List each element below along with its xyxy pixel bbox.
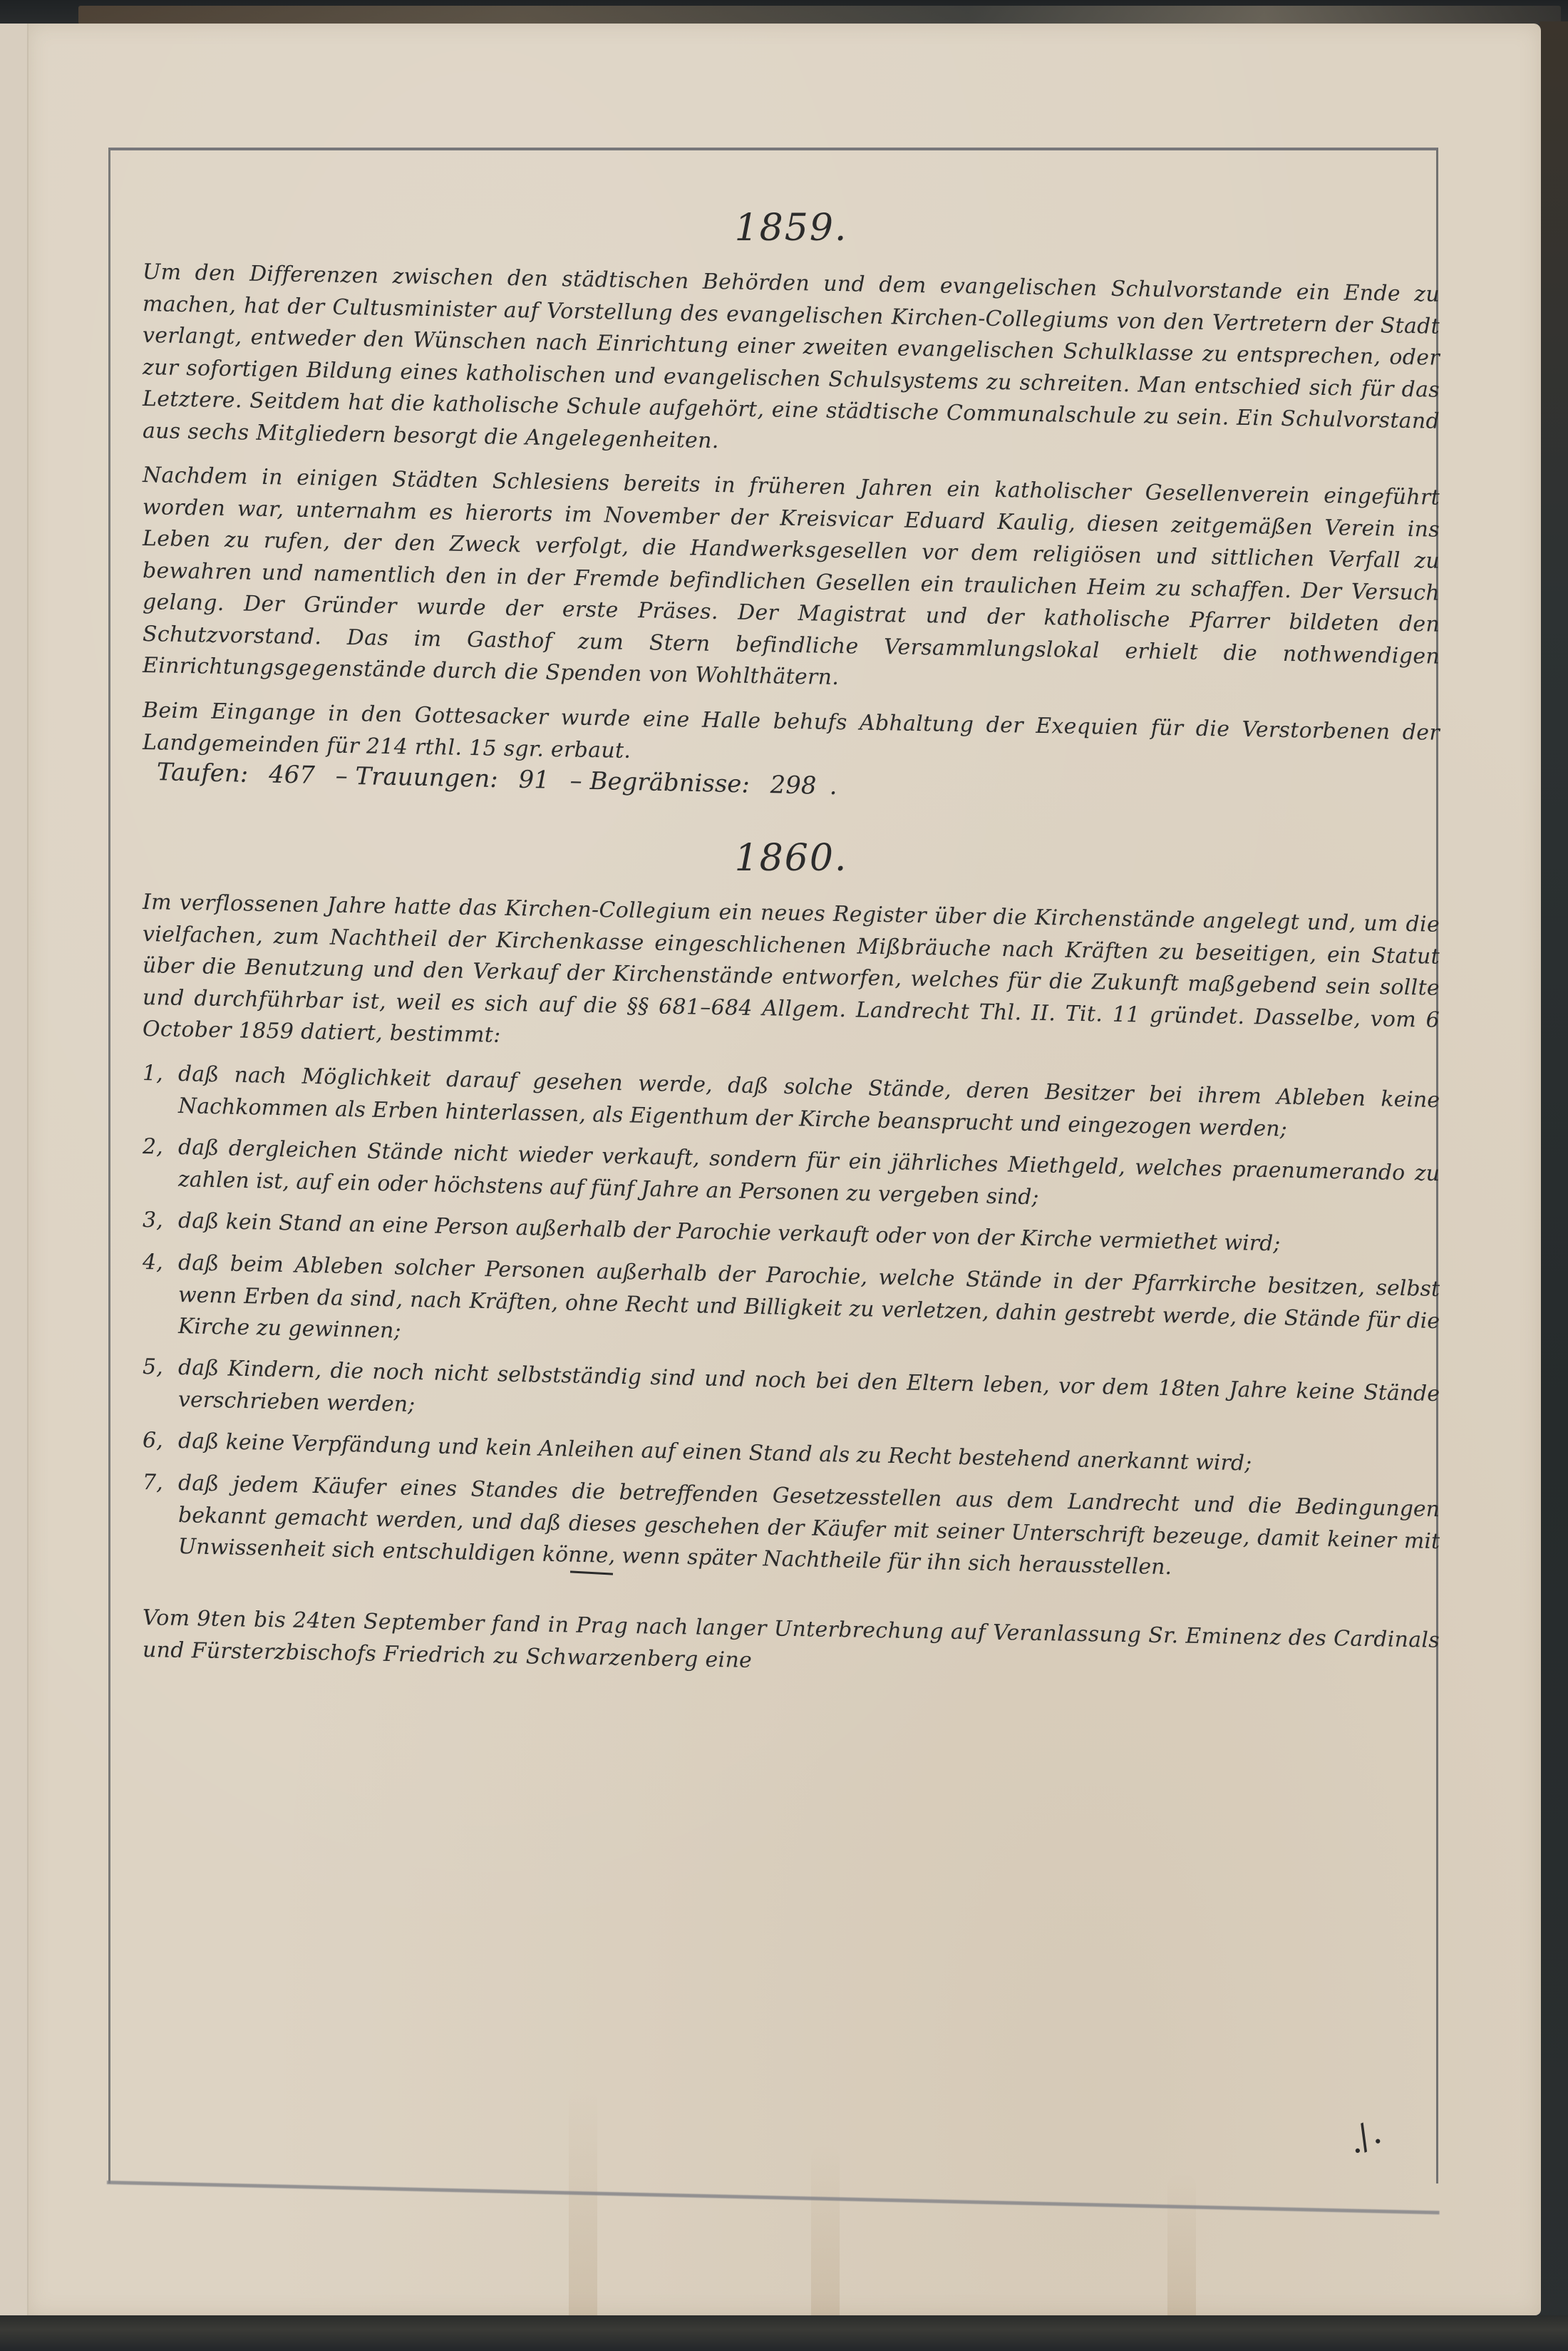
paragraph-journeymen-association: Nachdem in einigen Städten Schlesiens be…: [143, 460, 1440, 704]
book-cover-bottom: [0, 2315, 1568, 2351]
baptisms-count: 467: [269, 760, 315, 789]
list-text: daß beim Ableben solcher Personen außerh…: [178, 1250, 1440, 1344]
previous-page-edge: [0, 24, 28, 2315]
section-1859: 1859. Um den Differenzen zwischen den st…: [143, 207, 1440, 800]
marriages-count: 91: [519, 765, 550, 794]
list-number: 7,: [143, 1467, 178, 1500]
marriages-label: Trauungen:: [356, 761, 498, 793]
page-fold: [27, 24, 29, 2315]
burials-count: 298: [770, 771, 817, 800]
paragraph-school-board: Um den Differenzen zwischen den städtisc…: [143, 257, 1440, 470]
year-heading: 1860.: [143, 837, 1440, 880]
paragraph-pew-register: Im verflossenen Jahre hatte das Kirchen-…: [143, 887, 1440, 1068]
list-number: 1,: [143, 1058, 178, 1091]
year-heading: 1859.: [143, 207, 1440, 249]
list-number: 6,: [143, 1425, 178, 1458]
baptisms-label: Taufen:: [157, 758, 248, 788]
list-number: 2,: [143, 1131, 178, 1164]
list-text: daß jedem Käufer eines Standes die betre…: [178, 1471, 1440, 1580]
section-1860: 1860. Im verflossenen Jahre hatte das Ki…: [143, 837, 1440, 1667]
list-text: daß keine Verpfändung und kein Anleihen …: [178, 1429, 1252, 1476]
cover-wear: [78, 6, 1561, 24]
manuscript-text: 1859. Um den Differenzen zwischen den st…: [143, 207, 1440, 1679]
burials-label: Begräbnisse:: [589, 766, 749, 798]
list-number: 5,: [143, 1352, 178, 1384]
list-number: 4,: [143, 1247, 178, 1280]
water-stain: [1167, 2173, 1196, 2315]
list-item: 4,daß beim Ableben solcher Personen auße…: [143, 1247, 1440, 1369]
book-cover-right: [1539, 21, 1568, 2351]
paragraph-prague-synod: Vom 9ten bis 24ten September fand in Pra…: [143, 1603, 1440, 1689]
list-text: daß nach Möglichkeit darauf gesehen werd…: [178, 1061, 1440, 1141]
list-text: daß dergleichen Stände nicht wieder verk…: [178, 1135, 1440, 1210]
list-text: daß kein Stand an eine Person außerhalb …: [178, 1208, 1280, 1256]
list-number: 3,: [143, 1205, 178, 1238]
list-item: 7,daß jedem Käufer eines Standes die bet…: [143, 1467, 1440, 1590]
